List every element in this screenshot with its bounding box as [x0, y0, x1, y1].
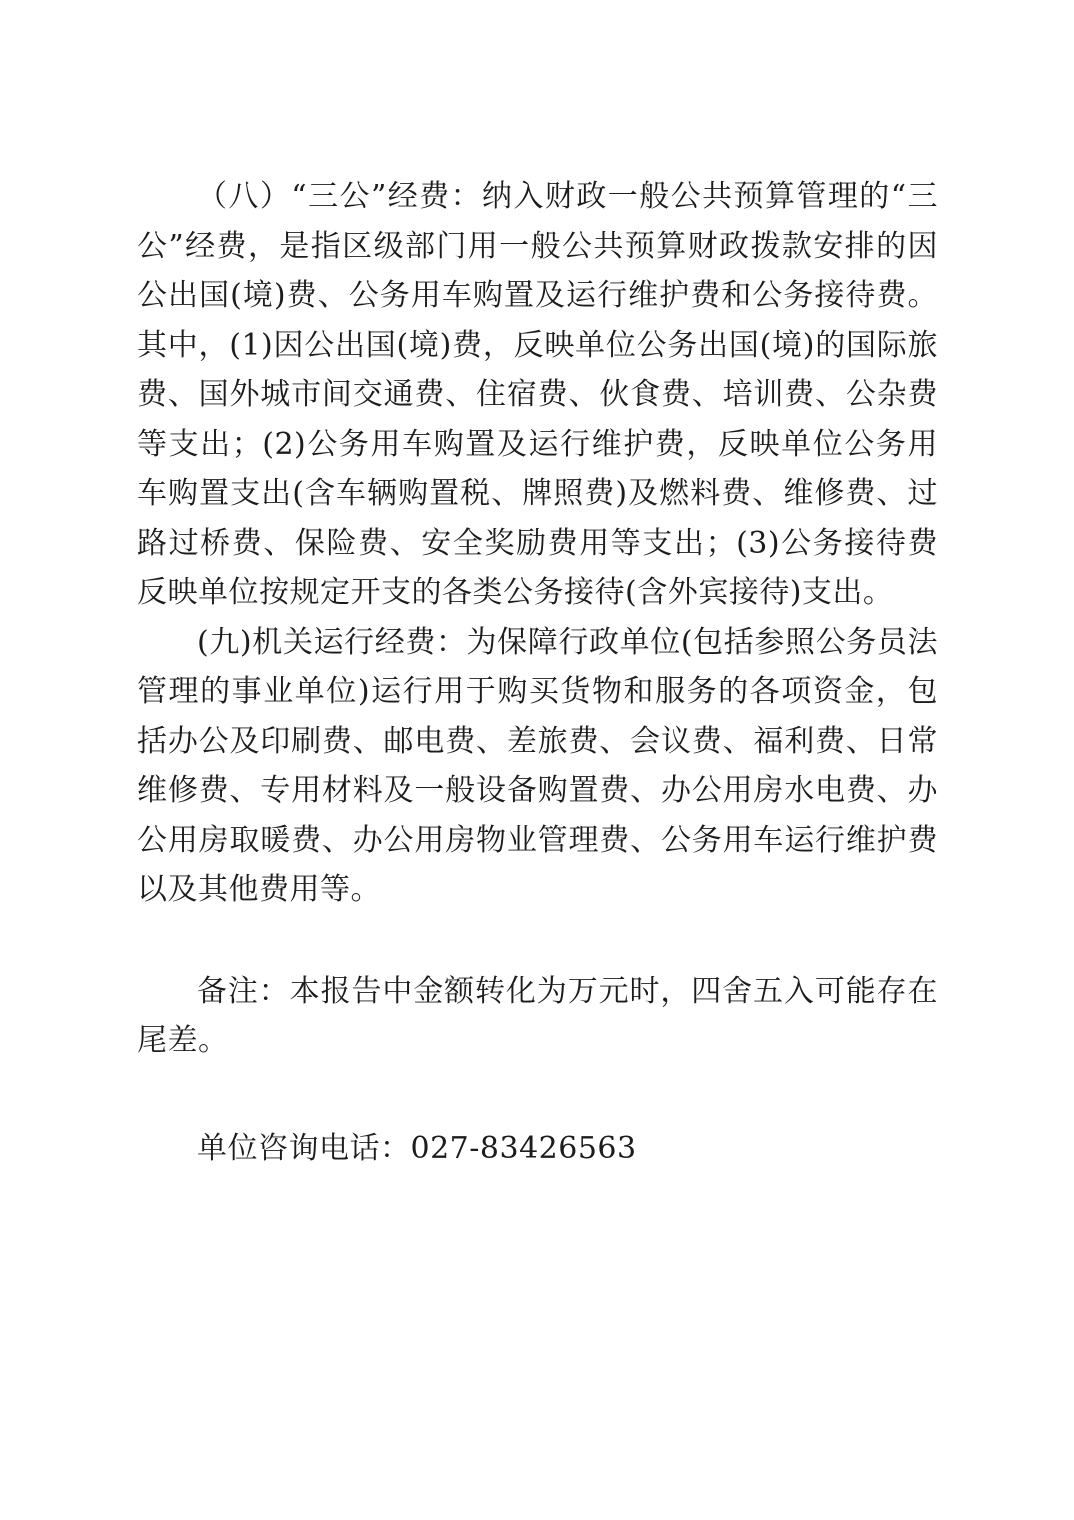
- document-text-block: （八）“三公”经费：纳入财政一般公共预算管理的“三公”经费，是指区级部门用一般公…: [137, 172, 938, 1173]
- remark-note: 备注：本报告中金额转化为万元时，四舍五入可能存在尾差。: [137, 967, 938, 1066]
- paragraph-sangong-expenses: （八）“三公”经费：纳入财政一般公共预算管理的“三公”经费，是指区级部门用一般公…: [137, 172, 938, 618]
- document-page: （八）“三公”经费：纳入财政一般公共预算管理的“三公”经费，是指区级部门用一般公…: [0, 0, 1074, 1520]
- paragraph-agency-operating-expenses: (九)机关运行经费：为保障行政单位(包括参照公务员法管理的事业单位)运行用于购买…: [137, 618, 938, 915]
- contact-phone-line: 单位咨询电话：027-83426563: [137, 1124, 938, 1174]
